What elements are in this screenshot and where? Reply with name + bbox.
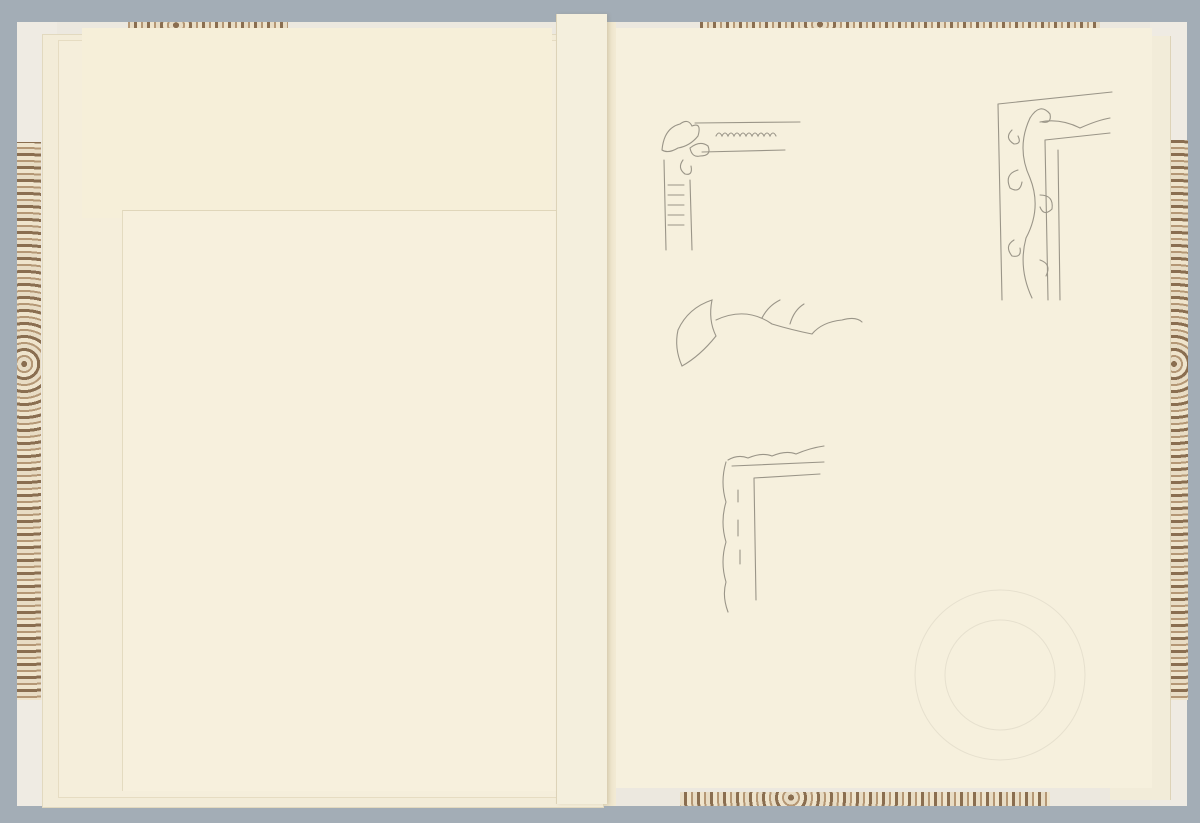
- faint-circular-erasure: [915, 590, 1085, 760]
- vine-scroll-frame-corner: [998, 92, 1112, 300]
- wavy-frame-corner: [723, 446, 824, 612]
- flower-stem-sketch: [677, 300, 862, 366]
- pencil-sketches: [0, 0, 1200, 823]
- ornate-frame-corner-shell: [662, 121, 800, 250]
